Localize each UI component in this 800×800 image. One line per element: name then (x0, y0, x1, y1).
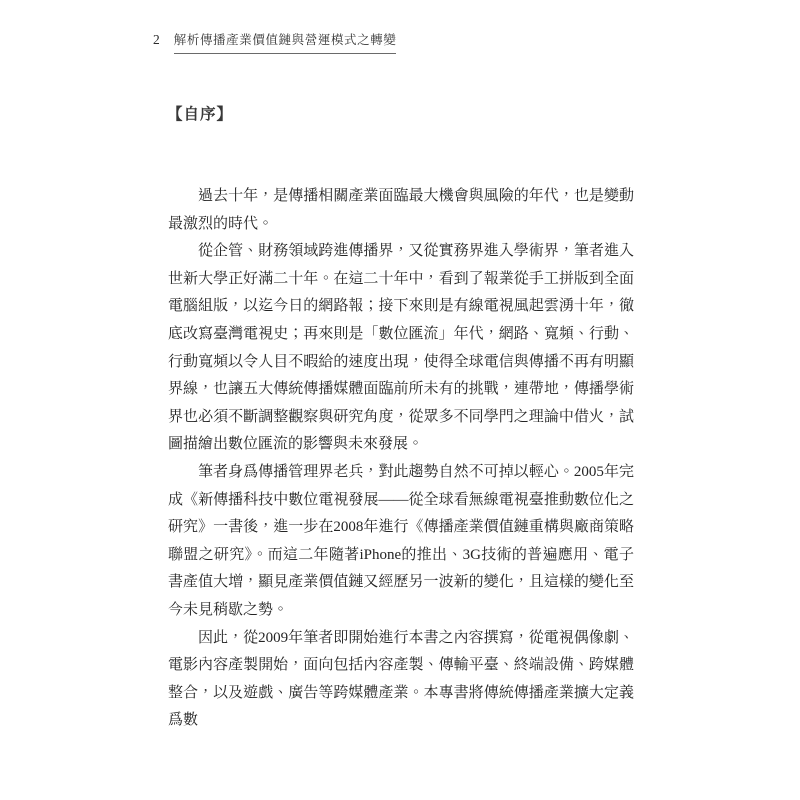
running-header: 2 解析傳播產業價值鏈與營運模式之轉變 (153, 30, 396, 54)
running-title: 解析傳播產業價值鏈與營運模式之轉變 (174, 30, 397, 54)
paragraph-3: 筆者身爲傳播管理界老兵，對此趨勢自然不可掉以輕心。2005年完成《新傳播科技中數… (168, 459, 634, 625)
section-heading-preface: 【自序】 (167, 102, 233, 124)
paragraph-1: 過去十年，是傳播相關產業面臨最大機會與風險的年代，也是變動最激烈的時代。 (168, 183, 634, 238)
paragraph-2: 從企管、財務領域跨進傳播界，又從實務界進入學術界，筆者進入世新大學正好滿二十年。… (168, 238, 634, 459)
paragraph-4: 因此，從2009年筆者即開始進行本書之內容撰寫，從電視偶像劇、電影內容產製開始，… (168, 625, 634, 735)
book-page: 2 解析傳播產業價值鏈與營運模式之轉變 【自序】 過去十年，是傳播相關產業面臨最… (0, 0, 800, 800)
page-number: 2 (153, 32, 160, 48)
preface-body: 過去十年，是傳播相關產業面臨最大機會與風險的年代，也是變動最激烈的時代。 從企管… (168, 183, 634, 735)
